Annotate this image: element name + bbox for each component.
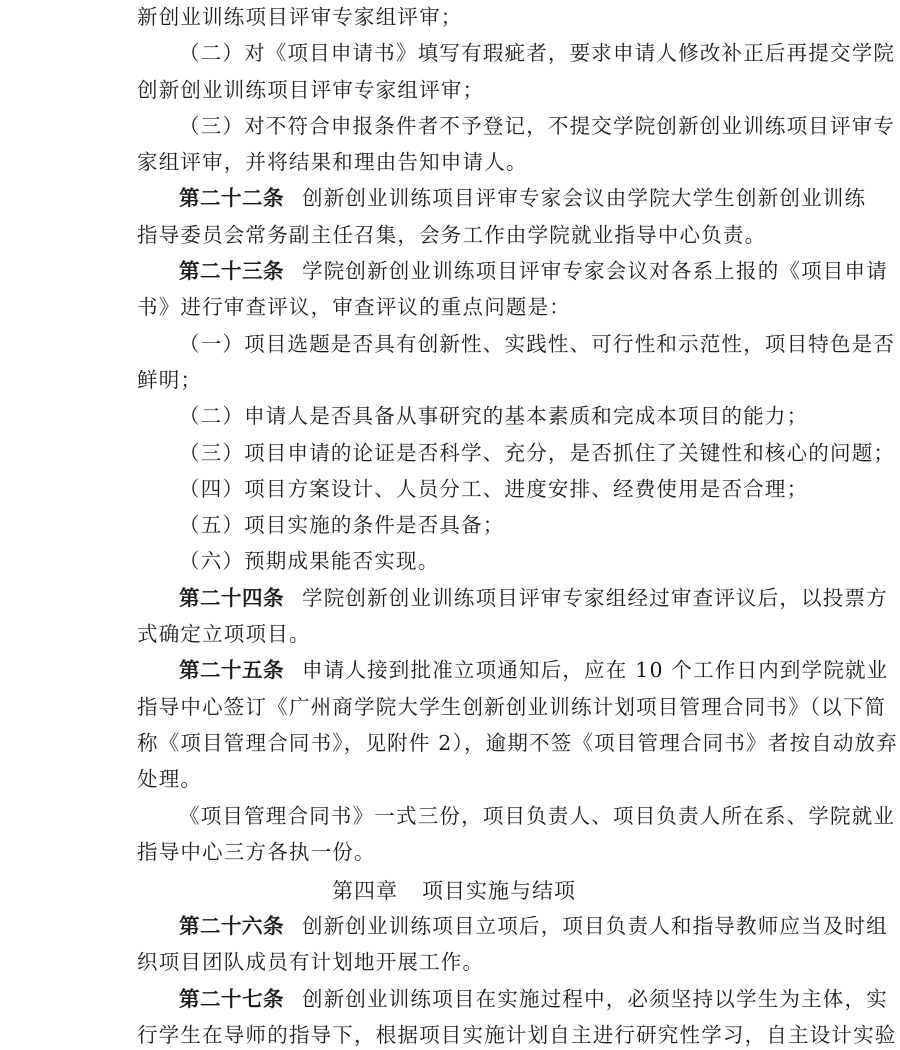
article-label: 第二十五条 bbox=[179, 658, 284, 682]
article-first-line: 第二十二条创新创业训练项目评审专家会议由学院大学生创新创业训练 bbox=[137, 183, 771, 219]
article-23: 第二十三条学院创新创业训练项目评审专家会议对各系上报的《项目申请 书》进行审查评… bbox=[137, 256, 771, 329]
document-page: 新创业训练项目评审专家组评审； （二）对《项目申请书》填写有瑕疵者，要求申请人修… bbox=[137, 2, 771, 1050]
article-label: 第二十三条 bbox=[179, 259, 284, 283]
item-23-4: （四）项目方案设计、人员分工、进度安排、经费使用是否合理； bbox=[137, 474, 771, 510]
chapter-title: 项目实施与结项 bbox=[422, 879, 576, 903]
article-25: 第二十五条申请人接到批准立项通知后，应在 10 个工作日内到学院就业 指导中心签… bbox=[137, 655, 771, 800]
text-line: 创新创业训练项目评审专家组评审； bbox=[137, 75, 771, 111]
article-first-line: 第二十七条创新创业训练项目在实施过程中，必须坚持以学生为主体，实 bbox=[137, 984, 771, 1020]
item-23-1: （一）项目选题是否具有创新性、实践性、可行性和示范性，项目特色是否 鲜明； bbox=[137, 329, 771, 402]
text-line: 家组评审，并将结果和理由告知申请人。 bbox=[137, 147, 771, 183]
text-line: 处理。 bbox=[137, 764, 771, 800]
article-label: 第二十四条 bbox=[179, 586, 284, 610]
item-21-2: （二）对《项目申请书》填写有瑕疵者，要求申请人修改补正后再提交学院 创新创业训练… bbox=[137, 38, 771, 111]
text-line: 书》进行审查评议，审查评议的重点问题是： bbox=[137, 292, 771, 328]
article-first-line: 第二十六条创新创业训练项目立项后，项目负责人和指导教师应当及时组 bbox=[137, 911, 771, 947]
chapter-heading: 第四章项目实施与结项 bbox=[137, 871, 771, 911]
article-27: 第二十七条创新创业训练项目在实施过程中，必须坚持以学生为主体，实 行学生在导师的… bbox=[137, 984, 771, 1050]
article-label: 第二十七条 bbox=[179, 987, 284, 1011]
text-line: 创新创业训练项目立项后，项目负责人和指导教师应当及时组 bbox=[302, 914, 888, 938]
text-line: 指导委员会常务副主任召集，会务工作由学院就业指导中心负责。 bbox=[137, 220, 771, 256]
text-line: 称《项目管理合同书》，见附件 2），逾期不签《项目管理合同书》者按自动放弃 bbox=[137, 728, 771, 764]
text-line: （二）对《项目申请书》填写有瑕疵者，要求申请人修改补正后再提交学院 bbox=[137, 38, 771, 74]
article-first-line: 第二十四条学院创新创业训练项目评审专家组经过审查评议后，以投票方 bbox=[137, 583, 771, 619]
text-line: 申请人接到批准立项通知后，应在 10 个工作日内到学院就业 bbox=[302, 658, 888, 682]
text-line: 学院创新创业训练项目评审专家会议对各系上报的《项目申请 bbox=[302, 259, 888, 283]
item-23-6: （六）预期成果能否实现。 bbox=[137, 546, 771, 582]
text-line: 式确定立项项目。 bbox=[137, 619, 771, 655]
text-line: 创新创业训练项目在实施过程中，必须坚持以学生为主体，实 bbox=[302, 987, 888, 1011]
item-21-3: （三）对不符合申报条件者不予登记，不提交学院创新创业训练项目评审专 家组评审，并… bbox=[137, 111, 771, 184]
article-first-line: 第二十五条申请人接到批准立项通知后，应在 10 个工作日内到学院就业 bbox=[137, 655, 771, 691]
text-line: 创新创业训练项目评审专家会议由学院大学生创新创业训练 bbox=[302, 186, 866, 210]
text-line: 指导中心三方各执一份。 bbox=[137, 837, 771, 873]
text-line: （一）项目选题是否具有创新性、实践性、可行性和示范性，项目特色是否 bbox=[137, 329, 771, 365]
article-first-line: 第二十三条学院创新创业训练项目评审专家会议对各系上报的《项目申请 bbox=[137, 256, 771, 292]
text-line: 指导中心签订《广州商学院大学生创新创业训练计划项目管理合同书》（以下简 bbox=[137, 692, 771, 728]
article-label: 第二十六条 bbox=[179, 914, 284, 938]
item-23-3: （三）项目申请的论证是否科学、充分，是否抓住了关键性和核心的问题； bbox=[137, 438, 771, 474]
text-line: 鲜明； bbox=[137, 365, 771, 401]
text-line: 《项目管理合同书》一式三份，项目负责人、项目负责人所在系、学院就业 bbox=[137, 801, 771, 837]
article-24: 第二十四条学院创新创业训练项目评审专家组经过审查评议后，以投票方 式确定立项项目… bbox=[137, 583, 771, 656]
item-23-5: （五）项目实施的条件是否具备； bbox=[137, 510, 771, 546]
contract-paragraph: 《项目管理合同书》一式三份，项目负责人、项目负责人所在系、学院就业 指导中心三方… bbox=[137, 801, 771, 874]
text-line: 行学生在导师的指导下，根据项目实施计划自主进行研究性学习，自主设计实验 bbox=[137, 1020, 771, 1050]
article-26: 第二十六条创新创业训练项目立项后，项目负责人和指导教师应当及时组 织项目团队成员… bbox=[137, 911, 771, 984]
text-line: 学院创新创业训练项目评审专家组经过审查评议后，以投票方 bbox=[302, 586, 888, 610]
chapter-number: 第四章 bbox=[332, 879, 398, 903]
continuation-line: 新创业训练项目评审专家组评审； bbox=[137, 2, 771, 38]
article-22: 第二十二条创新创业训练项目评审专家会议由学院大学生创新创业训练 指导委员会常务副… bbox=[137, 183, 771, 256]
text-line: 织项目团队成员有计划地开展工作。 bbox=[137, 947, 771, 983]
article-label: 第二十二条 bbox=[179, 186, 284, 210]
item-23-2: （二）申请人是否具备从事研究的基本素质和完成本项目的能力； bbox=[137, 401, 771, 437]
text-line: （三）对不符合申报条件者不予登记，不提交学院创新创业训练项目评审专 bbox=[137, 111, 771, 147]
